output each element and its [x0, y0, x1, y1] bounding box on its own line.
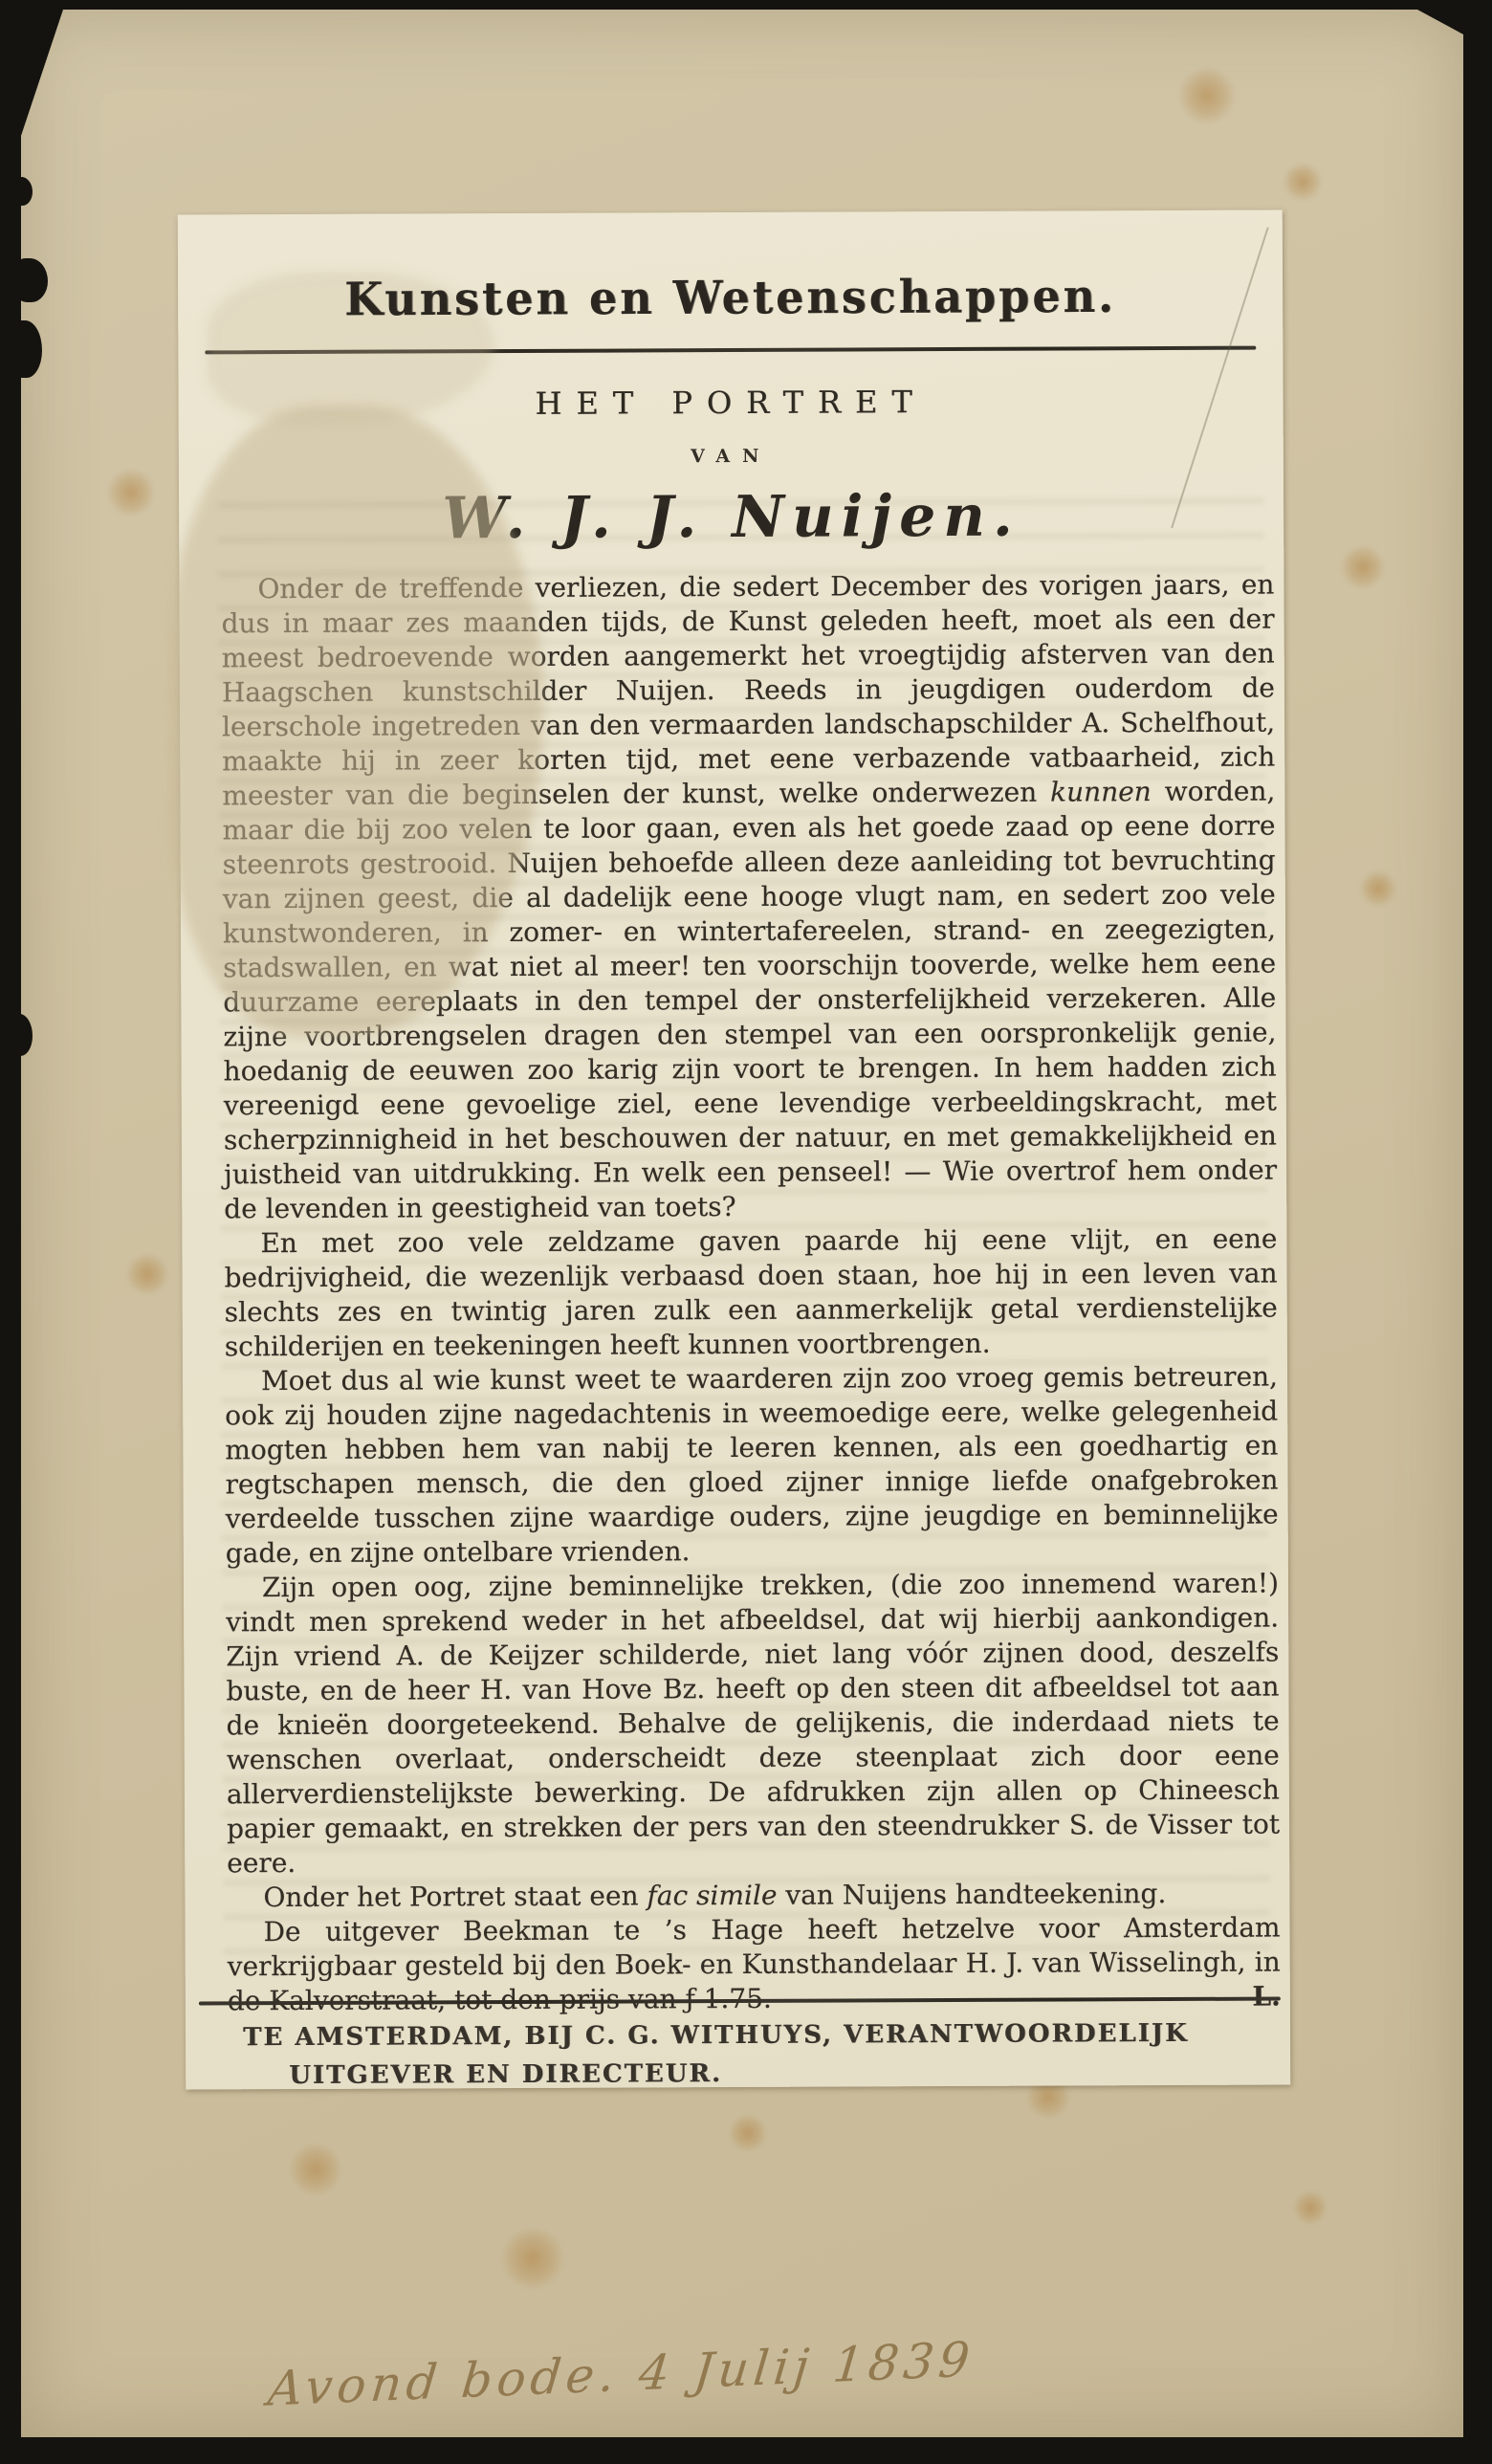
- paragraph: Onder het Portret staat een fac simile v…: [227, 1877, 1280, 1916]
- foxing-stain: [1284, 163, 1322, 201]
- foxing-stain: [729, 2114, 767, 2152]
- foxing-stain: [499, 2229, 566, 2288]
- text-run: Moet dus al wie kunst weet te waarderen …: [225, 1361, 1279, 1570]
- paragraph: Moet dus al wie kunst weet te waarderen …: [225, 1360, 1279, 1572]
- foxing-stain: [1360, 870, 1396, 907]
- torn-edge-notch: [11, 177, 33, 206]
- text-run: Onder het Portret staat een: [263, 1880, 647, 1913]
- album-page: Kunsten en Wetenschappen. HET PORTRET VA…: [21, 10, 1463, 2437]
- foxing-stain: [1178, 67, 1236, 124]
- torn-edge-notch: [13, 258, 48, 302]
- foxing-stain: [107, 469, 155, 517]
- paragraph: Zijn open oog, zijne beminnelijke trekke…: [226, 1567, 1280, 1881]
- foxing-stain: [1341, 545, 1385, 589]
- imprint-line: UITGEVER EN DIRECTEUR.: [243, 2053, 1271, 2096]
- italic-text: kunnen: [1050, 776, 1152, 807]
- foxing-stain: [126, 1253, 168, 1295]
- text-run: van Nuijens handteekening.: [777, 1878, 1166, 1911]
- imprint-line: TE AMSTERDAM, BIJ C. G. WITHUYS, VERANTW…: [243, 2014, 1271, 2057]
- paragraph: En met zoo vele zeldzame gaven paarde hi…: [224, 1222, 1278, 1365]
- newspaper-clipping: Kunsten en Wetenschappen. HET PORTRET VA…: [178, 209, 1291, 2089]
- handwritten-annotation: Avond bode. 4 Julij 1839: [266, 2321, 1208, 2416]
- imprint: TE AMSTERDAM, BIJ C. G. WITHUYS, VERANTW…: [243, 2014, 1271, 2096]
- torn-edge-notch: [10, 320, 42, 378]
- foxing-stain: [1293, 2190, 1327, 2225]
- text-run: Zijn open oog, zijne beminnelijke trekke…: [226, 1568, 1280, 1880]
- italic-text: fac simile: [647, 1880, 777, 1912]
- text-run: En met zoo vele zeldzame gaven paarde hi…: [225, 1223, 1278, 1363]
- foxing-stain: [289, 2143, 342, 2196]
- masthead-title: Kunsten en Wetenschappen.: [178, 268, 1283, 326]
- torn-edge-notch: [8, 1014, 33, 1056]
